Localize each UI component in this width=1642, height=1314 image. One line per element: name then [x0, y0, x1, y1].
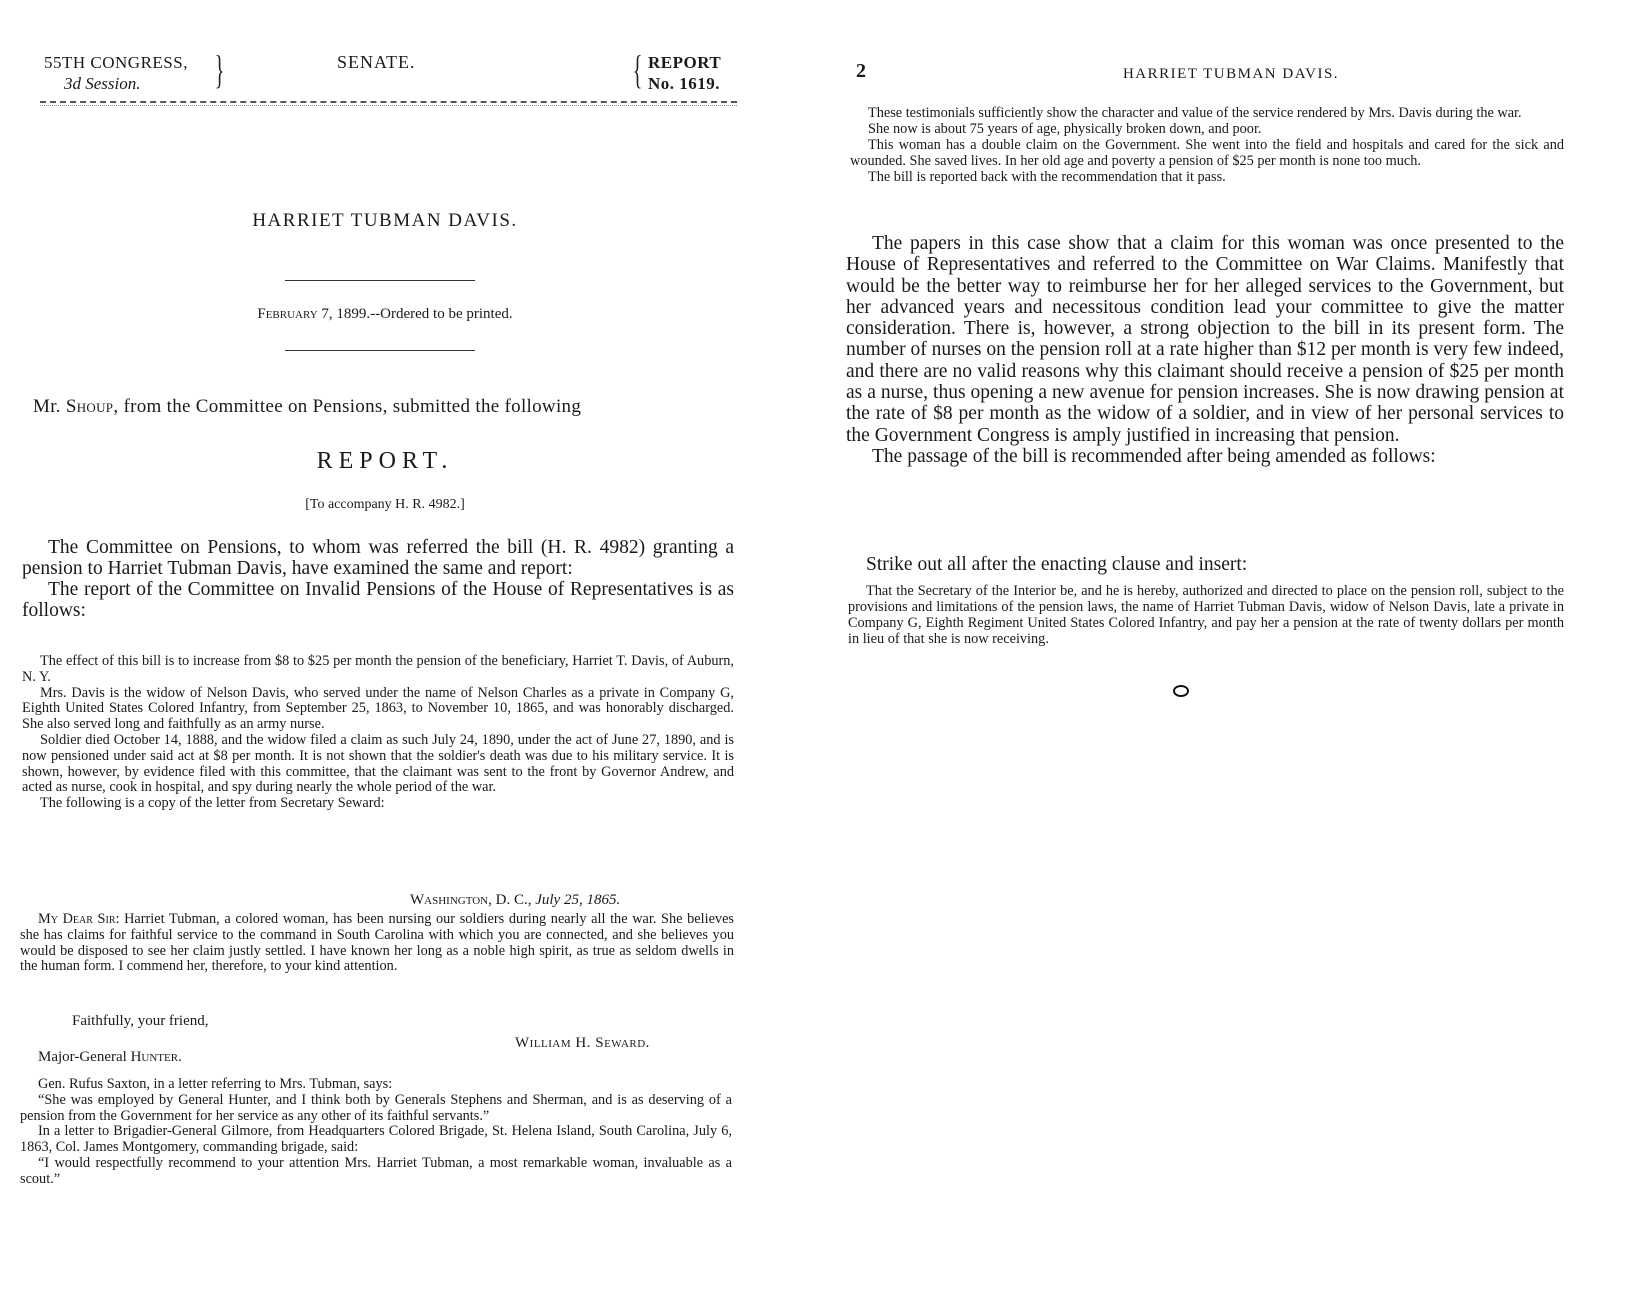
submitted-prefix: Mr. [33, 396, 66, 417]
testimonial-quotes-block: Gen. Rufus Saxton, in a letter referring… [20, 1077, 732, 1188]
session-label: 3d Session. [44, 73, 224, 94]
letter-text: Harriet Tubman, a colored woman, has bee… [20, 911, 734, 974]
committee-findings-block: The papers in this case show that a clai… [846, 233, 1564, 467]
letter-dateline: Washington, D. C., July 25, 1865. [410, 892, 620, 909]
addressee-name: Hunter. [131, 1049, 182, 1065]
addressee-rank: Major-General [38, 1049, 131, 1065]
paragraph: Soldier died October 14, 1888, and the w… [22, 733, 734, 796]
letter-place: Washington, D. C., [410, 892, 535, 908]
letter-salutation: My Dear Sir: [38, 911, 119, 927]
amendment-intro: Strike out all after the enacting clause… [866, 554, 1247, 576]
testimonials-block: These testimonials sufficiently show the… [850, 105, 1564, 185]
report-number-block: REPORT No. 1619. [648, 52, 721, 94]
right-page: 2 HARRIET TUBMAN DAVIS. These testimonia… [820, 0, 1642, 1314]
letter-date: July 25, 1865. [535, 892, 620, 908]
header-rule-secondary [40, 105, 737, 106]
paragraph: The report of the Committee on Invalid P… [22, 579, 734, 621]
report-heading: REPORT. [0, 448, 770, 475]
intro-block: The Committee on Pensions, to whom was r… [22, 537, 734, 621]
senator-name: Shoup [66, 396, 113, 417]
left-page: 55TH CONGRESS, 3d Session. } SENATE. { R… [0, 0, 820, 1314]
running-head: HARRIET TUBMAN DAVIS. [820, 66, 1642, 83]
order-date: February 7, 1899. [257, 306, 370, 322]
paragraph: Gen. Rufus Saxton, in a letter referring… [20, 1077, 732, 1093]
congress-session: 55TH CONGRESS, 3d Session. [44, 52, 224, 94]
paragraph: The papers in this case show that a clai… [846, 233, 1564, 446]
paragraph: This woman has a double claim on the Gov… [850, 137, 1564, 169]
letter-signature: William H. Seward. [515, 1035, 650, 1052]
submitted-line: Mr. Shoup, from the Committee on Pension… [33, 396, 738, 418]
letter-closing: Faithfully, your friend, [72, 1013, 209, 1030]
congress-label: 55TH CONGRESS, [44, 52, 224, 73]
paragraph: “She was employed by General Hunter, and… [20, 1093, 732, 1125]
submitted-text: , from the Committee on Pensions, submit… [113, 396, 581, 417]
amendment-text-block: That the Secretary of the Interior be, a… [848, 583, 1564, 647]
order-line: February 7, 1899.--Ordered to be printed… [0, 306, 770, 323]
order-text: --Ordered to be printed. [370, 306, 512, 322]
letter-addressee: Major-General Hunter. [38, 1049, 182, 1066]
brace-left-icon: { [633, 50, 643, 90]
paragraph: These testimonials sufficiently show the… [850, 105, 1564, 121]
chamber-label: SENATE. [337, 52, 416, 73]
end-mark-icon [1173, 685, 1189, 697]
paragraph: In a letter to Brigadier-General Gilmore… [20, 1124, 732, 1156]
letter-body: My Dear Sir: Harriet Tubman, a colored w… [20, 912, 734, 975]
accompany-note: [To accompany H. R. 4982.] [0, 497, 770, 513]
paragraph: The Committee on Pensions, to whom was r… [22, 537, 734, 579]
report-number: No. 1619. [648, 73, 721, 94]
paragraph: She now is about 75 years of age, physic… [850, 121, 1564, 137]
paragraph: The effect of this bill is to increase f… [22, 654, 734, 686]
paragraph: The passage of the bill is recommended a… [846, 446, 1564, 467]
divider-rule [285, 350, 475, 351]
header-rule [40, 101, 737, 103]
paragraph: “I would respectfully recommend to your … [20, 1156, 732, 1188]
paragraph: The following is a copy of the letter fr… [22, 796, 734, 812]
document-title: HARRIET TUBMAN DAVIS. [0, 210, 770, 232]
paragraph: Mrs. Davis is the widow of Nelson Davis,… [22, 686, 734, 733]
divider-rule [285, 280, 475, 281]
paragraph: That the Secretary of the Interior be, a… [848, 583, 1564, 647]
paragraph: The bill is reported back with the recom… [850, 169, 1564, 185]
brace-right-icon: } [215, 50, 225, 90]
house-report-block: The effect of this bill is to increase f… [22, 654, 734, 812]
report-label: REPORT [648, 52, 721, 73]
